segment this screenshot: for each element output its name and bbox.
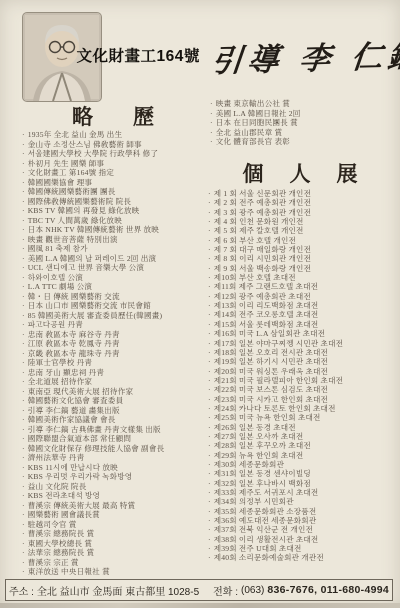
exhibition-item-text: 제13회 이리 리도백화점 초대전 (214, 301, 319, 310)
exhibition-item-text: 제14회 전주 코오롱호텔 초대전 (214, 310, 319, 319)
career-item: 國樂藝術 國會議長賞 (22, 510, 206, 520)
career-item: 韓・日 傳統 國樂藝術 交流 (22, 292, 206, 302)
exhibition-item: 제24회 카나다 토론토 한인회 초대전 (208, 404, 396, 413)
exhibition-item-text: 제 7 회 대구 매일화랑 개인전 (214, 245, 311, 254)
cultural-asset-badge: 文化財畫工164號 (77, 44, 200, 66)
exhibition-item-text: 제 1 회 서울 신문회관 개인전 (214, 189, 311, 198)
career-item: KBS 우리멋 우리가락 녹화방영 (22, 472, 206, 482)
career-item: 引導 李仁鎬 古典佛畫 丹靑文樣集 出版 (22, 425, 206, 435)
career-item-text: 國際聯盟合氣道本部 常任顧問 (28, 434, 131, 443)
career-item-text: 1935年 全北 益山 金馬 出生 (28, 130, 123, 139)
awards-list: 映畫 東京輸出公社 賞 美國 L.A 韓國日報社 2回 日本 在日同胞民團長 賞… (210, 99, 394, 147)
career-item-text: KBS TV 韓國의 再發見 綠化放映 (28, 206, 140, 215)
career-item: 朴初月 先生 國樂 師事 (22, 159, 206, 169)
career-item-text: 서울建國大學校 大學院 行政學科 修了 (28, 149, 158, 158)
career-item: 韓國文化財保存 修理技能人協會 副會長 (22, 444, 206, 454)
award-item-text: 全北 益山郡民章 賞 (216, 128, 283, 137)
career-item-text: 益山 文化院 院長 (28, 482, 87, 491)
exhibition-item: 제17회 일본 야마구찌껭 시민관 초대전 (208, 339, 396, 348)
award-item-text: 美國 L.A 韓國日報社 2回 (216, 109, 301, 118)
career-item: TBC TV 人間萬歲 綠化放映 (22, 216, 206, 226)
career-item-text: 日本 山口市 國樂藝術交流 市民會館 (28, 301, 151, 310)
exhibition-item-text: 제 8 회 이리 시민회관 개인전 (214, 254, 311, 263)
career-item: 映畫 觀世音菩薩 特別出演 (22, 235, 206, 245)
exhibition-item-text: 제20회 미국 워싱톤 우래옥 초대전 (214, 367, 328, 376)
exhibition-item-text: 제37회 전북 익산군 전 개인전 (214, 525, 313, 534)
exhibition-item-text: 제40회 소리문화예술회관 개관전 (214, 553, 324, 562)
exhibition-item: 제35회 세종문화회관 소장품전 (208, 507, 396, 516)
career-item: 曹溪宗 宗正 賞 (22, 558, 206, 568)
artist-name-calligraphy: 引導 李 仁鎬 (209, 30, 400, 81)
career-item: 濟州法華寺 丹靑 (22, 453, 206, 463)
career-item-text: 美國 L.A 韓國의 날 퍼레이드 2回 出演 (28, 254, 157, 263)
exhibition-item-text: 제 9 회 서울 백송화랑 개인전 (214, 264, 311, 273)
career-item: 美國 L.A 韓國의 날 퍼레이드 2回 出演 (22, 254, 206, 264)
career-item: 1935年 全北 益山 金馬 出生 (22, 130, 206, 140)
career-item-text: 東南亞 現代美術大展 招待作家 (28, 387, 134, 396)
footer-contact-bar: 주소 : 全北 益山市 金馬面 東古都里 1028-5 전화 : (063) 8… (5, 579, 393, 601)
award-item: 全北 益山郡民章 賞 (210, 128, 394, 138)
career-item-text: 忠南 敎區本寺 麻谷寺 丹靑 (28, 330, 120, 339)
career-item: 引導 李仁鎬 藝道 畵集出版 (22, 406, 206, 416)
exhibition-item-text: 제 2 회 전주 예총회관 개인전 (214, 198, 311, 207)
exhibition-item-text: 제18회 일본 오호리 전시관 초대전 (214, 348, 328, 357)
career-item: 陸軍士官學校 丹靑 (22, 358, 206, 368)
career-item: L.A TTC 劇場 公演 (22, 282, 206, 292)
exhibition-item-text: 제35회 세종문화회관 소장품전 (214, 507, 317, 516)
exhibition-item: 제 4 회 인천 문화원 개인전 (208, 217, 396, 226)
career-item: 日本 山口市 國樂藝術交流 市民會館 (22, 301, 206, 311)
exhibition-item: 제15회 서울 롯데백화점 초대전 (208, 320, 396, 329)
exhibition-item: 제22회 미국 보스톤 심검도 초대전 (208, 385, 396, 394)
exhibition-item: 제18회 일본 오호리 전시관 초대전 (208, 348, 396, 357)
career-item-text: 曹溪宗 傳統美術大展 最高 特賞 (28, 501, 136, 510)
scan-edge-artifact (0, 603, 400, 608)
scanned-biography-page: 文化財畫工164號 引導 李 仁鎬 略歷 1935年 全北 益山 金馬 出生 金… (0, 0, 400, 608)
career-item: 서울建國大學校 大學院 行政學科 修了 (22, 149, 206, 159)
phone-numbers: 836-7676, 011-680-4994 (267, 584, 389, 596)
exhibition-item-text: 제29회 뉴욕 한인회 초대전 (214, 451, 304, 460)
career-item-text: 韓國美術作家協議會 會長 (28, 415, 116, 424)
exhibition-item: 제 5 회 제주 칼호텔 개인전 (208, 226, 396, 235)
exhibition-item-text: 제24회 카나다 토론토 한인회 초대전 (214, 404, 336, 413)
career-item: 東國大學校總長 賞 (22, 539, 206, 549)
career-item-text: TBC TV 人間萬歲 綠化放映 (28, 216, 122, 225)
career-item-text: 濟州法華寺 丹靑 (28, 453, 85, 462)
career-item-text: 韓國傳統國樂藝術團 團長 (28, 187, 116, 196)
career-item-text: KBS 전라초대석 방영 (28, 491, 100, 500)
exhibition-item: 제 2 회 전주 예총회관 개인전 (208, 198, 396, 207)
exhibition-item: 제25회 미국 뉴욕 한인회 초대전 (208, 413, 396, 422)
exhibition-item: 제16회 미국 L.A 삼일회관 초대전 (208, 329, 396, 338)
career-item: 全北道展 招待作家 (22, 377, 206, 387)
exhibition-item-text: 제 6 회 부산 호텔 개인전 (214, 236, 296, 245)
career-item: 法華宗 總務院長 賞 (22, 548, 206, 558)
career-item: 韓國藝術文化協會 審査委員 (22, 396, 206, 406)
exhibition-item-text: 제16회 미국 L.A 삼일회관 초대전 (214, 329, 325, 338)
exhibition-item: 제11회 제주 그랜드호텔 초대전 (208, 282, 396, 291)
career-item: KBS 11시에 만납시다 放映 (22, 463, 206, 473)
exhibition-item-text: 제 4 회 인천 문화원 개인전 (214, 217, 304, 226)
exhibition-item-text: 제32회 일본 후나바시 백화점 (214, 479, 311, 488)
career-item-text: 파고다공원 丹靑 (28, 320, 83, 329)
exhibition-item-text: 제11회 제주 그랜드호텔 초대전 (214, 282, 318, 291)
exhibition-item-text: 제36회 예도대전 세종문화회관 (214, 516, 317, 525)
exhibition-item: 제 1 회 서울 신문회관 개인전 (208, 189, 396, 198)
exhibition-item: 제34회 의정부 시민회관 (208, 497, 396, 506)
award-item: 文化 體育部長官 表彰 (210, 137, 394, 147)
exhibitions-list: 제 1 회 서울 신문회관 개인전 제 2 회 전주 예총회관 개인전 제 3 … (208, 189, 396, 563)
exhibition-item-text: 제10회 부산 호텔 초대전 (214, 273, 296, 282)
career-item: 國際佛敎傳統國樂藝術院 院長 (22, 197, 206, 207)
phone-prefix: (063) (241, 585, 264, 596)
career-item-text: 曹溪宗 宗正 賞 (28, 558, 79, 567)
exhibition-item: 제 6 회 부산 호텔 개인전 (208, 236, 396, 245)
exhibition-item: 제36회 예도대전 세종문화회관 (208, 516, 396, 525)
career-item: 益山 文化院 院長 (22, 482, 206, 492)
career-item: 金山寺 소정산스님 佛敎藝術 師事 (22, 140, 206, 150)
award-item-text: 映畫 東京輸出公社 賞 (216, 99, 290, 108)
exhibition-item: 제38회 이리 생활전시관 초대전 (208, 535, 396, 544)
career-item-text: 法華宗 總務院長 賞 (28, 548, 95, 557)
exhibition-item: 제10회 부산 호텔 초대전 (208, 273, 396, 282)
career-item-text: 引導 李仁鎬 古典佛畫 丹靑文樣集 出版 (28, 425, 161, 434)
exhibition-item: 제26회 일본 동경 초대전 (208, 423, 396, 432)
address-value: 全北 益山市 金馬面 東古都里 1028-5 (37, 583, 199, 598)
exhibition-item: 제 9 회 서울 백송화랑 개인전 (208, 264, 396, 273)
career-list: 1935年 全北 益山 金馬 出生 金山寺 소정산스님 佛敎藝術 師事 서울建國… (22, 130, 206, 577)
exhibition-item-text: 제27회 일본 오사까 초대전 (214, 432, 304, 441)
exhibition-item: 제37회 전북 익산군 전 개인전 (208, 525, 396, 534)
phone: 전화 : (063) 836-7676, 011-680-4994 (213, 583, 389, 598)
exhibition-item-text: 제30회 세종문화회관 (214, 460, 284, 469)
exhibition-item-text: 제12회 광주 예총회관 초대전 (214, 292, 311, 301)
exhibition-item-text: 제15회 서울 롯데백화점 초대전 (214, 320, 319, 329)
exhibition-item-text: 제 5 회 제주 칼호텔 개인전 (214, 226, 304, 235)
exhibition-item: 제21회 미국 필라델피아 한인회 초대전 (208, 376, 396, 385)
career-item: 曹溪宗 傳統美術大展 最高 特賞 (22, 501, 206, 511)
address-label: 주소 : (9, 583, 34, 598)
exhibition-item-text: 제23회 미국 시카고 한인회 초대전 (214, 395, 328, 404)
career-item: 曹溪宗 總務院長 賞 (22, 529, 206, 539)
exhibition-item: 제23회 미국 시카고 한인회 초대전 (208, 395, 396, 404)
career-item-text: 全北道展 招待作家 (28, 377, 92, 386)
career-item-text: 韓・日 傳統 國樂藝術 交流 (28, 292, 120, 301)
exhibition-item-text: 제28회 일본 후꾸오까 초대전 (214, 441, 311, 450)
career-item: 江原 敎區本寺 乾鳳寺 丹靑 (22, 339, 206, 349)
award-item: 映畫 東京輸出公社 賞 (210, 99, 394, 109)
exhibition-item: 제31회 일본 동경 센샤이빌딩 (208, 469, 396, 478)
career-item-text: KBS 우리멋 우리가락 녹화방영 (28, 472, 133, 481)
exhibition-item-text: 제33회 제주도 서귀포시 초대전 (214, 488, 319, 497)
career-item: 國際聯盟合氣道本部 常任顧問 (22, 434, 206, 444)
career-item-text: 文化財畫工 第164號 指定 (28, 168, 114, 177)
exhibition-item-text: 제34회 의정부 시민회관 (214, 497, 294, 506)
exhibition-item: 제 3 회 광주 예총회관 개인전 (208, 208, 396, 217)
career-item-text: 金山寺 소정산스님 佛敎藝術 師事 (28, 140, 142, 149)
career-item-text: 韓國藝術文化協會 審査委員 (28, 396, 124, 405)
career-item: KBS 전라초대석 방영 (22, 491, 206, 501)
award-item-text: 日本 在日同胞民團長 賞 (216, 118, 298, 127)
exhibition-item: 제39회 전주 U대회 초대전 (208, 544, 396, 553)
career-item-text: 陸軍士官學校 丹靑 (28, 358, 92, 367)
exhibition-item-text: 제17회 일본 야마구찌껭 시민관 초대전 (214, 339, 343, 348)
career-item: 韓國美術作家協議會 會長 (22, 415, 206, 425)
career-item: 忠南 牙山 顯忠祠 丹靑 (22, 368, 206, 378)
career-item-text: 映畫 觀世音菩薩 特別出演 (28, 235, 118, 244)
exhibition-item: 제 7 회 대구 매일화랑 개인전 (208, 245, 396, 254)
career-item-text: 引導 李仁鎬 藝道 畵集出版 (28, 406, 120, 415)
exhibition-item: 제12회 광주 예총회관 초대전 (208, 292, 396, 301)
award-item-text: 文化 體育部長官 表彰 (216, 137, 290, 146)
career-item-text: L.A TTC 劇場 公演 (28, 282, 92, 291)
career-item: 韓國國樂協會 理事 (22, 178, 206, 188)
career-item: 駐越司令官 賞 (22, 520, 206, 530)
career-item-text: 國風 81 축제 참가 (28, 244, 88, 253)
exhibition-item: 제33회 제주도 서귀포시 초대전 (208, 488, 396, 497)
exhibition-item: 제27회 일본 오사까 초대전 (208, 432, 396, 441)
career-item: 하와이호텔 公演 (22, 273, 206, 283)
career-item-text: 江原 敎區本寺 乾鳳寺 丹靑 (28, 339, 120, 348)
career-item-text: 忠南 牙山 顯忠祠 丹靑 (28, 368, 104, 377)
address: 주소 : 全北 益山市 金馬面 東古都里 1028-5 (9, 583, 199, 598)
career-item: 文化財畫工 第164號 指定 (22, 168, 206, 178)
career-section-title: 略歷 (22, 101, 204, 131)
exhibition-item: 제19회 일본 하기시 시민관 초대전 (208, 357, 396, 366)
award-item: 美國 L.A 韓國日報社 2回 (210, 109, 394, 119)
exhibition-item-text: 제38회 이리 생활전시관 초대전 (214, 535, 319, 544)
career-item-text: 日本 NHK TV 韓國傳統藝術 世界 放映 (28, 225, 159, 234)
career-item-text: 朴初月 先生 國樂 師事 (28, 159, 104, 168)
career-item: 忠南 敎區本寺 麻谷寺 丹靑 (22, 330, 206, 340)
exhibition-item: 제28회 일본 후꾸오까 초대전 (208, 441, 396, 450)
award-item: 日本 在日同胞民團長 賞 (210, 118, 394, 128)
exhibition-item: 제29회 뉴욕 한인회 초대전 (208, 451, 396, 460)
exhibition-item-text: 제26회 일본 동경 초대전 (214, 423, 296, 432)
header: 文化財畫工164號 引導 李 仁鎬 (104, 24, 396, 86)
career-item-text: 國樂藝術 國會議長賞 (28, 510, 100, 519)
exhibition-item: 제20회 미국 워싱톤 우래옥 초대전 (208, 367, 396, 376)
phone-label: 전화 : (213, 583, 238, 598)
exhibition-item-text: 제39회 전주 U대회 초대전 (214, 544, 302, 553)
exhibition-item-text: 제22회 미국 보스톤 심검도 초대전 (214, 385, 328, 394)
career-item: 京畿 敎區本寺 龍珠寺 丹靑 (22, 349, 206, 359)
exhibitions-section-title: 個人展 (206, 158, 394, 188)
career-item-text: 京畿 敎區本寺 龍珠寺 丹靑 (28, 349, 120, 358)
career-item-text: 駐越司令官 賞 (28, 520, 77, 529)
career-item-text: 曹溪宗 總務院長 賞 (28, 529, 95, 538)
exhibition-item-text: 제21회 미국 필라델피아 한인회 초대전 (214, 376, 343, 385)
career-item-text: 東國大學校總長 賞 (28, 539, 92, 548)
career-item-text: 85 韓國美術大展 審査委員歷任(韓國畫) (28, 311, 163, 320)
career-item-text: 國際佛敎傳統國樂藝術院 院長 (28, 197, 131, 206)
exhibition-item: 제 8 회 이리 시민회관 개인전 (208, 254, 396, 263)
career-item-text: 東洋放送 中央日報社 賞 (28, 567, 110, 576)
career-item-text: 韓國文化財保存 修理技能人協會 副會長 (28, 444, 165, 453)
career-item-text: UCL 샌디에고 世界 音樂大學 公演 (28, 263, 144, 272)
career-item: 東南亞 現代美術大展 招待作家 (22, 387, 206, 397)
exhibition-item-text: 제19회 일본 하기시 시민관 초대전 (214, 357, 328, 366)
exhibition-item-text: 제 3 회 광주 예총회관 개인전 (214, 208, 311, 217)
career-item: 85 韓國美術大展 審査委員歷任(韓國畫) (22, 311, 206, 321)
career-item: 東洋放送 中央日報社 賞 (22, 567, 206, 577)
career-item: 國風 81 축제 참가 (22, 244, 206, 254)
exhibition-item: 제40회 소리문화예술회관 개관전 (208, 553, 396, 562)
career-item-text: 하와이호텔 公演 (28, 273, 83, 282)
career-item: 韓國傳統國樂藝術團 團長 (22, 187, 206, 197)
career-item: 日本 NHK TV 韓國傳統藝術 世界 放映 (22, 225, 206, 235)
career-item: UCL 샌디에고 世界 音樂大學 公演 (22, 263, 206, 273)
career-item: KBS TV 韓國의 再發見 綠化放映 (22, 206, 206, 216)
exhibition-item: 제13회 이리 리도백화점 초대전 (208, 301, 396, 310)
career-item-text: 韓國國樂協會 理事 (28, 178, 92, 187)
exhibition-item: 제14회 전주 코오롱호텔 초대전 (208, 310, 396, 319)
exhibition-item: 제30회 세종문화회관 (208, 460, 396, 469)
exhibition-item: 제32회 일본 후나바시 백화점 (208, 479, 396, 488)
career-item-text: KBS 11시에 만납시다 放映 (28, 463, 118, 472)
career-item: 파고다공원 丹靑 (22, 320, 206, 330)
exhibition-item-text: 제25회 미국 뉴욕 한인회 초대전 (214, 413, 321, 422)
exhibition-item-text: 제31회 일본 동경 센샤이빌딩 (214, 469, 311, 478)
